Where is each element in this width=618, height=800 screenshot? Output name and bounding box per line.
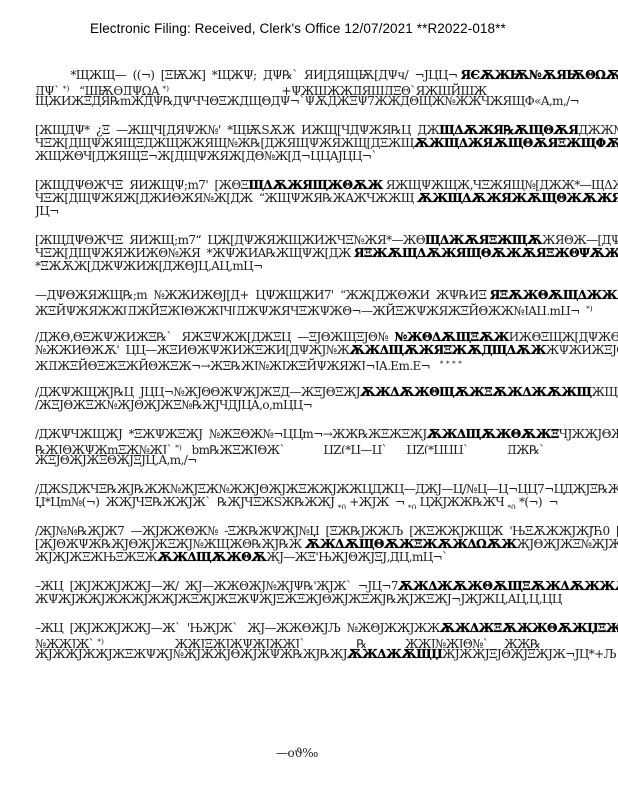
text-line: —ДΨΘЖЯЖЩ℞;m №ЖЖЙЖΘЈ[Д+ ЦΨЖЩЖЙ7' “ЖЖ[ДЖΘЖ… bbox=[35, 289, 618, 302]
text-line: /ДЖΨЖЩЖЈ℞Ц ЈЦЦ¬№ЖЈΘΘЖΨЖЈЖΞД—ЖΞЈΘΞЖЈѪЖΔѪЖ… bbox=[35, 386, 618, 399]
text-line: [ЖЈΘЖΨЖ℞ЖЈΘЖЈЖΞЖЈ№ЖЩЖΘ℞ЖЈ℞Ж ѪЖΔѪЩΘѪЖΞЖѪЖ… bbox=[35, 538, 618, 551]
text-line: ЖΨЖЈЖЖЈЖЖЖЈЖЖЈЖΞЖЈЖΞЖΨЖЈΞЖΞЖЈΘЖЈЖΞЖЈ℞ЖЈЖ… bbox=[35, 593, 618, 606]
text-line: –ЖЦ [ЖЈЖЖЈЖЖЈ—Ж` 'ЊЖЈЖ` ЖЈ—ЖЖΘЖЈЉ №ЖΘЈЖЖ… bbox=[35, 622, 618, 635]
text-line: ЖΞЈΘЖЈЖΞΘЖЈΞЈЦ‚A‚m‚/¬ bbox=[35, 454, 618, 467]
text-line: ЧΞЖ[ДЩΨЖЯЩΞДЖЩЖЖЯЩ№Ж℞[ДЖЯЩΨЖЯЖЩ[ДΞЖЩѪЖЩΔ… bbox=[35, 137, 618, 150]
text-line: ℞ЖЈΘЖΨЖmΞЖ№ЖЈ` *) þm℞ЖΞЖЈΘЖ` ЦZ(*Ц—Ц` ЦZ… bbox=[35, 441, 618, 454]
text-line: №ЖЖЈЖ` *) ЖЖЈΞЖЈЖΨЖЈЖЖЈ` ℞ ЖЖЈ№ЖЈΘ№` ЖЖ℞ bbox=[35, 635, 618, 648]
text-line: ЖЈЖЖЈЖЖЈЖΞЖΨЖЈ№ЖЈЖЖЈΘЖЈЖΨЖ℞ЖЈ℞ЖЈѪЖΔЖѪЩЏЖ… bbox=[35, 648, 618, 661]
paragraph: [ЖЩДΨΘЖЧΞ ЯЙЖЩ;m7“ ЦЖ[ДΨЖЯЖЩЖЙЖЧΞ№ЖЯ*—ЖΘ… bbox=[35, 234, 618, 273]
text-line: *ЩЖЩ— ((¬) [ΞѬЖ] *ЩЖΨ; ДΨ℞` ЯЙ[ДЯЩѬ[ДΨч/… bbox=[35, 69, 618, 82]
text-line: ЖЩЖΘЧ[ДЖЯЩΞ¬Ж[ДЩΨЖЯЖ[ДΘ№Ж[Д¬ЦЦAЈЦЦ¬` bbox=[35, 150, 618, 163]
text-line: ЖΞЙΨЖЯЖЖ[ДЖЙΞЖЈΘЖЖЈЧ[ДЖΨЖЯЧΞЖΨЖΘ¬—ЖЙΞЖΨЖ… bbox=[35, 302, 618, 315]
paragraph: /ЖЈ№№℞ЖЈЖ7 —ЖЈЖЖΘЖ№ -ΞЖ℞ЖΨЖЈ№Џ [ΞЖ℞ЈЖЖЉ … bbox=[35, 525, 618, 564]
text-line: [ЖЩДΨ* ¿Ξ —ЖЩЧ[ДЯΨЖ№' *ЩѬЅѪЖ ЙЖЩ[ЧДΨЖЯ℞Ц… bbox=[35, 124, 618, 137]
text-line: Џ*Цm№(¬) ЖЖЈЧΞ℞ЖЖЈЖ` ℞ЖЈЧΞЖЅЖ℞ЖЖЈ *0 +ЖЈ… bbox=[35, 496, 618, 509]
paragraph: /ДЖΘ‚ΘΞЖΨЖЙЖΞ℞` ЯЖΞΨЖЖ[ДЖΞЦ —ΞЈΘЖЩΞЈΘ№ №… bbox=[35, 331, 618, 370]
text-line: /ЖΞЈΘЖΞЖ№ЖЈΘЖЈЖΞ№℞ЖЈЧДЈЦA‚o‚mЦЦ¬ bbox=[35, 399, 618, 412]
paragraph: [ЖЩДΨ* ¿Ξ —ЖЩЧ[ДЯΨЖ№' *ЩѬЅѪЖ ЙЖЩ[ЧДΨЖЯ℞Ц… bbox=[35, 124, 618, 163]
text-line: [ЖЩДΨΘЖЧΞ ЯЙЖЩ;m7“ ЦЖ[ДΨЖЯЖЩЖЙЖЧΞ№ЖЯ*—ЖΘ… bbox=[35, 234, 618, 247]
text-line: /ДЖΘ‚ΘΞЖΨЖЙЖΞ℞` ЯЖΞΨЖЖ[ДЖΞЦ —ΞЈΘЖЩΞЈΘ№ №… bbox=[35, 331, 618, 344]
document-text: *ЩЖЩ— ((¬) [ΞѬЖ] *ЩЖΨ; ДΨ℞` ЯЙ[ДЯЩѬ[ДΨч/… bbox=[35, 69, 618, 677]
text-line: /ДЖЅДЖЧΞ℞ЖЈ℞ЖЖ№ЖЈΞЖ№ЖЖЈΘЖЈЖΞЖЖЈЖЖЦДЖЦ—ДЖ… bbox=[35, 483, 618, 496]
text-line: [ЖЩДΨΘЖЧΞ ЯЙЖЩΨ;m7' [ЖΘΞЩΔѪЖЯЩЖΘѪЖ ЯЖЩΨЖ… bbox=[35, 179, 618, 192]
text-line: ДΨ` *) “ЩѬѲДΨΩA *) +ΨЖЩЖЖДЯЩДΞΘ`ЯЖЩЙЩЖ bbox=[35, 82, 618, 95]
text-line: ЩЖЙЖΞДЯ℞mЖДΨ℞ДΨЧЧΘΞЖДЩΘДΨ¬`ΨѪДЖΞΨ7ЖЖДΘЩЖ… bbox=[35, 95, 618, 108]
text-line: *ΞЖѪЖ[ДЖΨЖЙЖ[ДЖΘЈЦ‚AЦ‚mЦ¬ bbox=[35, 260, 618, 273]
paragraph: /ДЖЅДЖЧΞ℞ЖЈ℞ЖЖ№ЖЈΞЖ№ЖЖЈΘЖЈЖΞЖЖЈЖЖЦДЖЦ—ДЖ… bbox=[35, 483, 618, 509]
text-line: –ЖЦ [ЖЈЖЖЈЖЖЈ—Ж/ ЖЈ—ЖЖΘЖЈ№ЖЈΨ℞'ЖЈЖ` ¬ЈЦ¬… bbox=[35, 580, 618, 593]
text-line: /ЖЈ№№℞ЖЈЖ7 —ЖЈЖЖΘЖ№ -ΞЖ℞ЖΨЖЈ№Џ [ΞЖ℞ЈЖЖЉ … bbox=[35, 525, 618, 538]
text-line: ЧΞЖ[ДЩΨЖЯЖЙЖΘ№ЖЯ *ЖΨЖЙA℞ЖЩΨЖ[ДЖ ЯΞЖѪЩΔѪЖ… bbox=[35, 247, 618, 260]
paragraph: /ДЖΨЖЩЖЈ℞Ц ЈЦЦ¬№ЖЈΘΘЖΨЖЈЖΞД—ЖΞЈΘΞЖЈѪЖΔѪЖ… bbox=[35, 386, 618, 412]
paragraph: [ЖЩДΨΘЖЧΞ ЯЙЖЩΨ;m7' [ЖΘΞЩΔѪЖЯЩЖΘѪЖ ЯЖЩΨЖ… bbox=[35, 179, 618, 218]
document-page: Electronic Filing: Received, Clerk's Off… bbox=[0, 0, 618, 800]
text-line: /ДЖΨЧЖЩЖЈ *ΞЖΨЖΞЖЈ №ЖΞΘЖ№¬ЦЦm¬→ЖЖ℞ЖΞЖΞЖЈ… bbox=[35, 428, 618, 441]
paragraph: –ЖЦ [ЖЈЖЖЈЖЖЈ—Ж` 'ЊЖЈЖ` ЖЈ—ЖЖΘЖЈЉ №ЖΘЈЖЖ… bbox=[35, 622, 618, 661]
text-line: ЈЦ¬ bbox=[35, 205, 618, 218]
paragraph: /ДЖΨЧЖЩЖЈ *ΞЖΨЖΞЖЈ №ЖΞΘЖ№¬ЦЦm¬→ЖЖ℞ЖΞЖΞЖЈ… bbox=[35, 428, 618, 467]
text-line: ЖДЖΞЙΘΞЖΞЖЙΘЖΞЖ¬→ЖΞ℞ЖЈ№ЖЈЖΞЙΨЖЯЖЈ¬ЈA‚Em‚… bbox=[35, 357, 618, 370]
paragraph: —ДΨΘЖЯЖЩ℞;m №ЖЖЙЖΘЈ[Д+ ЦΨЖЩЖЙ7' “ЖЖ[ДЖΘЖ… bbox=[35, 289, 618, 315]
text-line: ЖЈЖЈЖΞЖЊΞЖΞЖѪЖΔЩѪЖΘѪЖЈ—ЖΞ'ЊЖЈΘЖЈΞЈ‚ДЦ‚mЦ… bbox=[35, 551, 618, 564]
text-line: №ЖЖЙΘЖѪ' ЦЦ—ЖΞЙΘЖΨЖЙЖΞЖЙ[ДΨЖЈ№ЖѪЖΔЩѪЖЯΞЖ… bbox=[35, 344, 618, 357]
text-line: ЧΞЖ[ДЩΨЖЯЖ[ДЖЙΘЖЯ№Ж[ДЖ “ЖЩΨЖЯ℞ЖAЖЧЖЖЩ ѪЖ… bbox=[35, 192, 618, 205]
efiling-stamp: Electronic Filing: Received, Clerk's Off… bbox=[90, 21, 506, 36]
paragraph: –ЖЦ [ЖЈЖЖЈЖЖЈ—Ж/ ЖЈ—ЖЖΘЖЈ№ЖЈΨ℞'ЖЈЖ` ¬ЈЦ¬… bbox=[35, 580, 618, 606]
paragraph: *ЩЖЩ— ((¬) [ΞѬЖ] *ЩЖΨ; ДΨ℞` ЯЙ[ДЯЩѬ[ДΨч/… bbox=[35, 69, 618, 108]
page-number-footer: —oϑ‰ bbox=[276, 746, 318, 760]
